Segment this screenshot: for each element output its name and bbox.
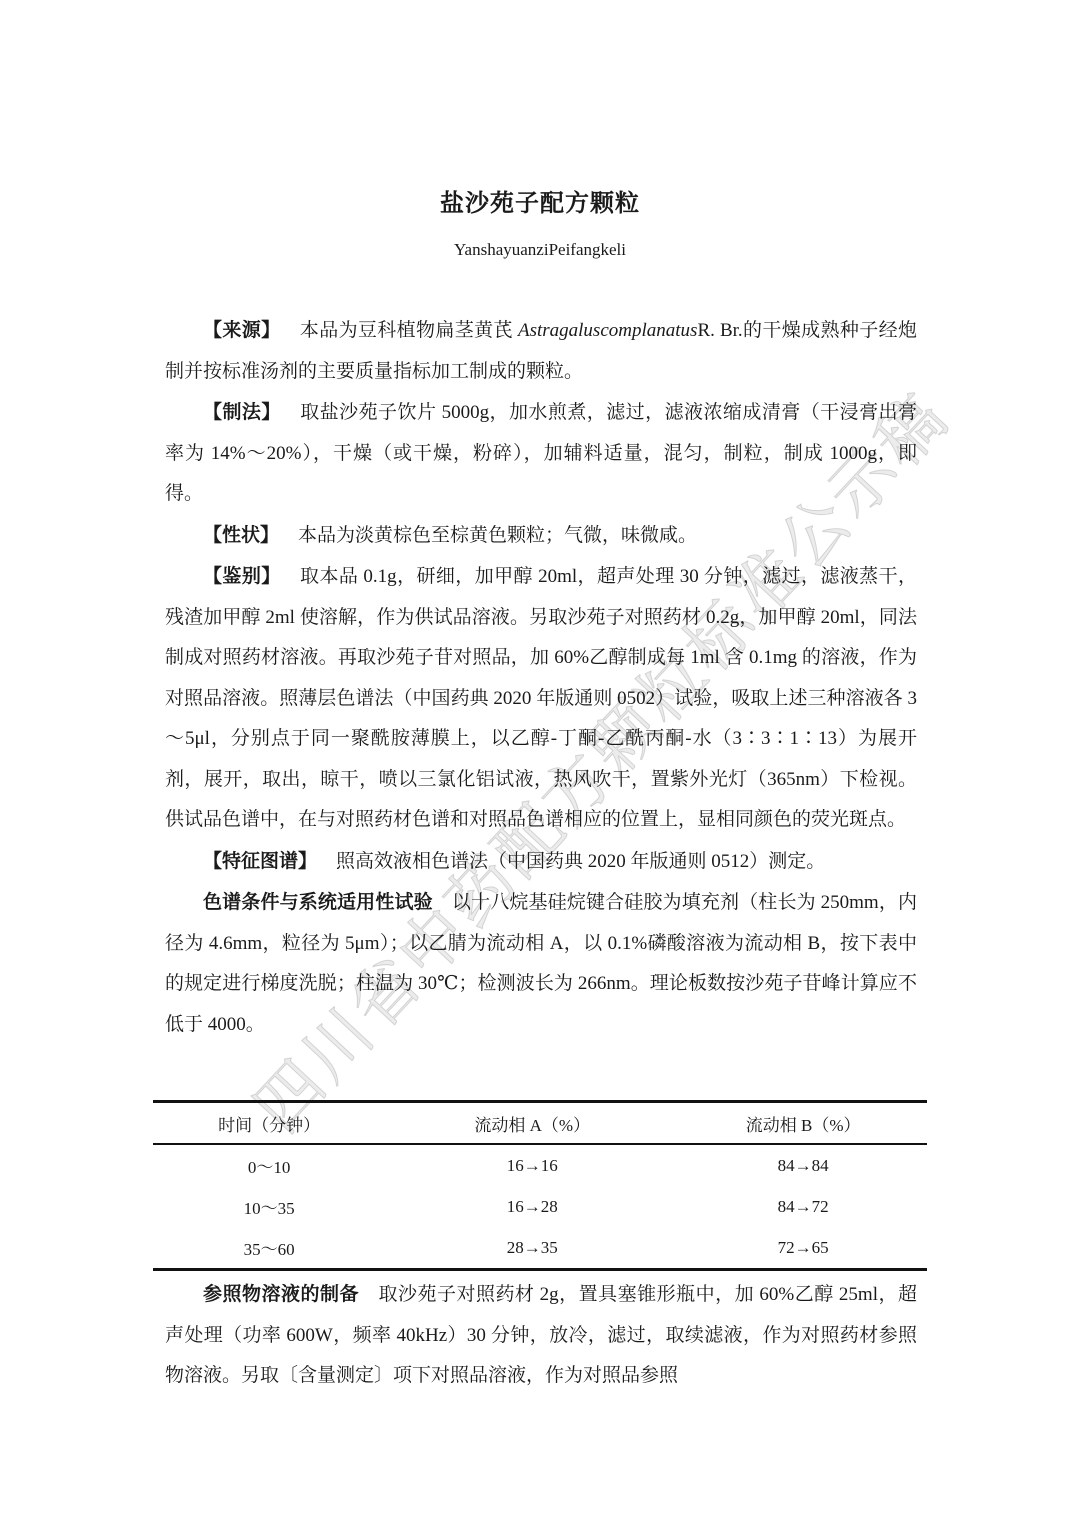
species-name: Astragaluscomplanatus (518, 320, 697, 341)
fingerprint-text: 照高效液相色谱法（中国药典 2020 年版通则 0512）测定。 (336, 851, 825, 872)
table-row: 0～10 16→16 84→84 (153, 1144, 927, 1186)
identification-text: 取本品 0.1g，研细，加甲醇 20ml，超声处理 30 分钟，滤过，滤液蒸干，… (165, 566, 917, 830)
identification-paragraph: 【鉴别】取本品 0.1g，研细，加甲醇 20ml，超声处理 30 分钟，滤过，滤… (165, 556, 917, 841)
source-label: 【来源】 (203, 319, 280, 341)
table-header-row: 时间（分钟） 流动相 A（%） 流动相 B（%） (153, 1102, 927, 1145)
table-row: 35～60 28→35 72→65 (153, 1227, 927, 1270)
chromatographic-conditions-paragraph: 色谱条件与系统适用性试验以十八烷基硅烷键合硅胶为填充剂（柱长为 250mm，内径… (165, 882, 917, 1045)
header-mobile-phase-b: 流动相 B（%） (679, 1102, 927, 1145)
monograph-body-continued: 参照物溶液的制备取沙苑子对照药材 2g，置具塞锥形瓶中，加 60%乙醇 25ml… (165, 1274, 917, 1397)
header-mobile-phase-a: 流动相 A（%） (385, 1102, 679, 1145)
source-text-1: 本品为豆科植物扁茎黄芪 (299, 320, 518, 341)
cell-phase-a: 16→16 (385, 1144, 679, 1186)
header-time: 时间（分钟） (153, 1102, 385, 1145)
document-title: 盐沙苑子配方颗粒 (0, 183, 1080, 218)
cell-phase-a: 16→28 (385, 1186, 679, 1227)
cell-time: 35～60 (153, 1227, 385, 1270)
cell-phase-a: 28→35 (385, 1227, 679, 1270)
preparation-label: 【制法】 (203, 401, 281, 423)
gradient-table: 时间（分钟） 流动相 A（%） 流动相 B（%） 0～10 16→16 84→8… (153, 1100, 927, 1271)
identification-label: 【鉴别】 (203, 565, 281, 587)
characteristics-paragraph: 【性状】本品为淡黄棕色至棕黄色颗粒；气微，味微咸。 (165, 515, 917, 557)
monograph-body: 【来源】本品为豆科植物扁茎黄芪 AstragaluscomplanatusR. … (165, 310, 917, 1045)
source-paragraph: 【来源】本品为豆科植物扁茎黄芪 AstragaluscomplanatusR. … (165, 310, 917, 392)
cell-phase-b: 72→65 (679, 1227, 927, 1270)
reference-solution-label: 参照物溶液的制备 (203, 1283, 359, 1305)
preparation-paragraph: 【制法】取盐沙苑子饮片 5000g，加水煎煮，滤过，滤液浓缩成清膏（干浸膏出膏率… (165, 392, 917, 515)
fingerprint-paragraph: 【特征图谱】照高效液相色谱法（中国药典 2020 年版通则 0512）测定。 (165, 841, 917, 883)
characteristics-label: 【性状】 (203, 524, 279, 546)
chromatographic-conditions-text: 以十八烷基硅烷键合硅胶为填充剂（柱长为 250mm，内径为 4.6mm，粒径为 … (165, 892, 917, 1035)
chromatographic-conditions-label: 色谱条件与系统适用性试验 (203, 891, 433, 913)
gradient-table-container: 时间（分钟） 流动相 A（%） 流动相 B（%） 0～10 16→16 84→8… (153, 1100, 927, 1271)
cell-time: 0～10 (153, 1144, 385, 1186)
cell-time: 10～35 (153, 1186, 385, 1227)
document-subtitle: YanshayuanziPeifangkeli (0, 240, 1080, 260)
cell-phase-b: 84→84 (679, 1144, 927, 1186)
cell-phase-b: 84→72 (679, 1186, 927, 1227)
fingerprint-label: 【特征图谱】 (203, 850, 317, 872)
reference-solution-paragraph: 参照物溶液的制备取沙苑子对照药材 2g，置具塞锥形瓶中，加 60%乙醇 25ml… (165, 1274, 917, 1397)
characteristics-text: 本品为淡黄棕色至棕黄色颗粒；气微，味微咸。 (298, 525, 697, 546)
table-row: 10～35 16→28 84→72 (153, 1186, 927, 1227)
